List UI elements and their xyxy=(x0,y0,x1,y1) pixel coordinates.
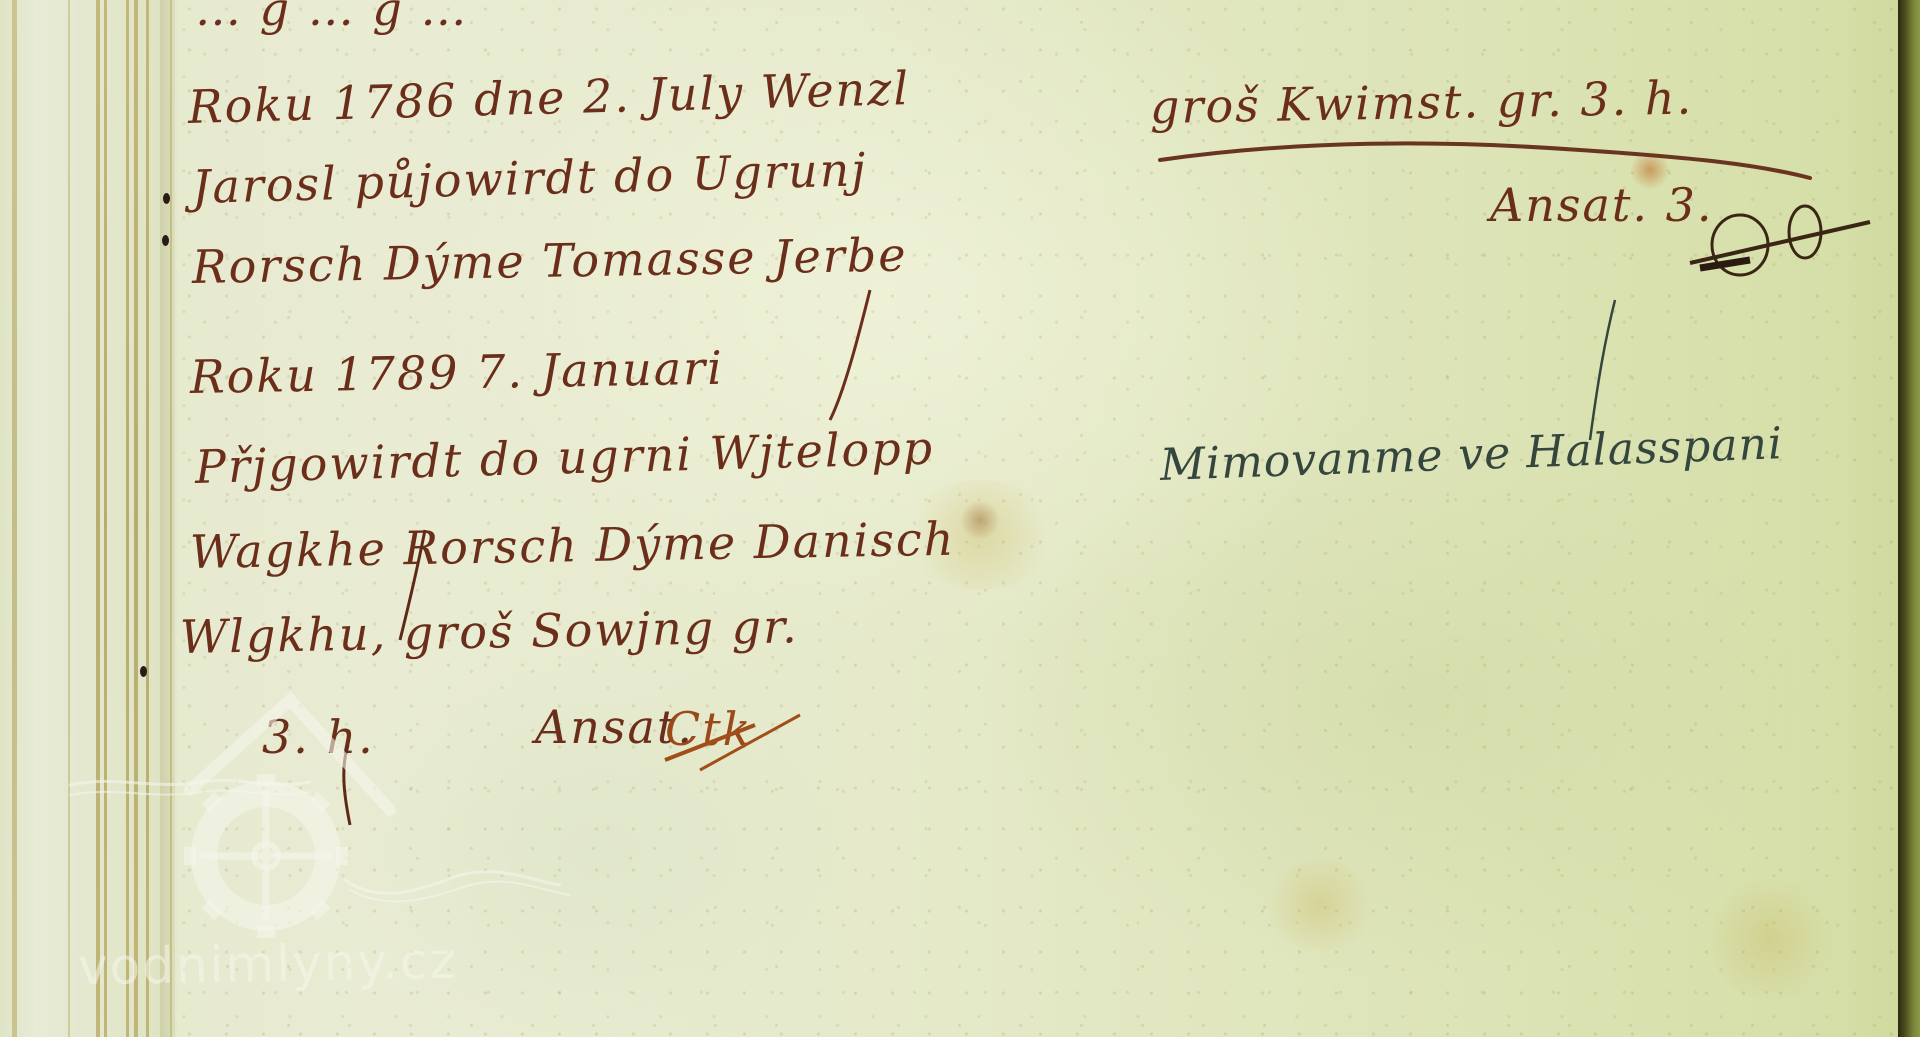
handwriting-entry2-line5: 3. h. xyxy=(262,710,375,764)
handwriting-entry2-line1: Roku 1789 7. Januari xyxy=(190,341,725,404)
margin-ink-dot xyxy=(162,235,169,246)
handwriting-entry2-struck-value: Ctk xyxy=(665,702,753,756)
handwriting-top-fragment: … g … g … xyxy=(195,0,468,36)
handwriting-entry1-line2: Jarosl půjowirdt do Ugrunj xyxy=(191,142,868,214)
handwriting-entry2-line2: Přjgowirdt do ugrni Wjtelopp xyxy=(194,421,934,494)
manuscript-photo: … g … g … Roku 1786 dne 2. July Wenzl Ja… xyxy=(0,0,1920,1037)
handwriting-entry1-amount: groš Kwimst. gr. 3. h. xyxy=(1150,71,1694,134)
page-stack-edge xyxy=(0,0,175,1037)
page-right-edge xyxy=(1898,0,1920,1037)
paper-stain xyxy=(1700,880,1840,1000)
watermark-text: vodnimlyny.cz xyxy=(78,932,458,997)
gutter-shadow xyxy=(160,0,178,1037)
handwriting-entry1-sum: Ansat. 3. xyxy=(1490,178,1714,232)
ink-blot xyxy=(960,500,1000,540)
pencil-annotation: Mimovanme ve Halasspani xyxy=(1159,418,1784,491)
paper-stain xyxy=(1260,860,1380,950)
handwriting-entry2-line3: Wagkhe Rorsch Dýme Danisch xyxy=(190,512,956,579)
handwriting-entry1-line1: Roku 1786 dne 2. July Wenzl xyxy=(187,61,910,134)
handwriting-entry1-line3: Rorsch Dýme Tomasse Jerbe xyxy=(192,228,908,294)
margin-ink-dot xyxy=(163,193,170,204)
margin-ink-dot xyxy=(140,666,147,677)
handwriting-entry2-line4: Wlgkhu, groš Sowjng gr. xyxy=(180,599,800,664)
